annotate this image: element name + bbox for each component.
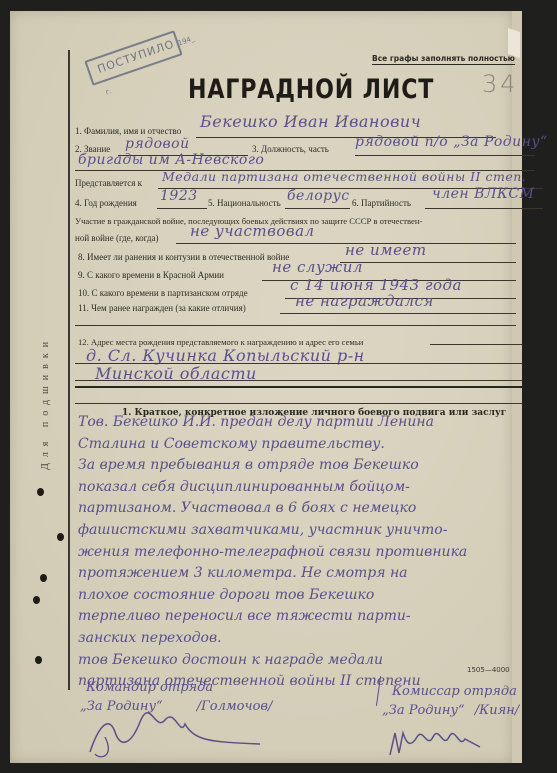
page-number: 34 [482, 70, 519, 98]
document-title: НАГРАДНОЙ ЛИСТ [188, 74, 434, 105]
field-value-birth-year: 1923 [160, 188, 198, 204]
section-divider [75, 403, 522, 404]
field-label-civil-war-cont: ной войне (где, когда) [75, 233, 159, 243]
narrative-line: Сталина и Советскому правительству. [78, 434, 550, 456]
commissar-signature [385, 725, 495, 765]
field-value-previous-awards: не награждался [295, 292, 434, 310]
field-label-birth-year: 4. Год рождения [75, 198, 137, 208]
field-label-red-army: 9. С какого времени в Красной Армии [78, 270, 224, 280]
fill-instruction: Все графы заполнять полностью [372, 54, 515, 65]
field-label-name: 1. Фамилия, имя и отчество [75, 126, 181, 136]
field-line [430, 344, 522, 345]
field-line [157, 208, 207, 209]
field-value-rank: рядовой [125, 136, 190, 152]
field-value-wounds: не имеет [345, 241, 427, 259]
field-label-nationality: 5. Национальность [208, 198, 281, 208]
field-label-partisan-since: 10. С какого времени в партизанском отря… [78, 288, 248, 298]
commander-signature-block: Командир отряда „За Родину“ /Голмочов/ [86, 678, 272, 716]
field-label-wounds: 8. Имеет ли ранения и контузии в отечест… [78, 252, 289, 262]
commander-title: Командир отряда [86, 678, 272, 697]
narrative-line: фашистскими захватчиками, участник уничт… [78, 520, 550, 542]
narrative-line: занских переходов. [78, 628, 550, 650]
print-code: 1505—4000 [467, 666, 510, 674]
field-value-position: рядовой п/о „За Родину“ [355, 134, 548, 150]
narrative-line: Тов. Бекешко И.И. предан делу партии Лен… [78, 412, 550, 434]
commissar-name: /Киян/ [475, 703, 519, 718]
feat-narrative: Тов. Бекешко И.И. предан делу партии Лен… [78, 412, 550, 693]
binding-margin-line [68, 50, 70, 690]
binding-margin-label: Для подшивки [40, 336, 51, 470]
binding-hole [33, 596, 40, 604]
field-line [75, 325, 516, 326]
field-line [285, 208, 350, 209]
narrative-line: терпеливо переносил все тяжести парти- [78, 606, 550, 628]
commissar-unit-text: „За Родину“ [382, 703, 465, 718]
field-line [75, 380, 522, 381]
field-value-name: Бекешко Иван Иванович [200, 112, 421, 131]
binding-hole [57, 533, 64, 541]
field-value-red-army: не служил [272, 258, 363, 276]
field-value-award: Медали партизана отечественной войны II … [162, 169, 526, 184]
narrative-line: показал себя дисциплинированным бойцом- [78, 477, 550, 499]
narrative-line: За время пребывания в отряде тов Бекешко [78, 455, 550, 477]
narrative-line: плохое состояние дороги тов Бекешко [78, 585, 550, 607]
binding-hole [35, 656, 42, 664]
field-value-party: член ВЛКСМ [432, 186, 534, 202]
field-label-previous-awards: 11. Чем ранее награжден (за какие отличи… [78, 303, 246, 313]
section-divider [75, 386, 522, 388]
field-line [280, 313, 516, 314]
field-value-position-continuation: бригады им А-Невского [78, 152, 264, 168]
binding-hole [40, 574, 47, 582]
field-line [355, 155, 535, 156]
field-label-party: 6. Партийность [352, 198, 411, 208]
commissar-unit: „За Родину“ /Киян/ [382, 701, 519, 720]
field-line [425, 208, 543, 209]
commander-signature [85, 712, 265, 762]
field-value-nationality: белорус [287, 188, 350, 204]
commissar-signature-block: Комиссар отряда „За Родину“ /Киян/ [392, 682, 519, 720]
field-label-award: Представляется к [75, 178, 142, 188]
narrative-line: партизаном. Участвовал в 6 боях с немецк… [78, 498, 550, 520]
commissar-title: Комиссар отряда [392, 682, 519, 701]
narrative-line: жения телефонно-телеграфной связи против… [78, 542, 550, 564]
binding-hole [37, 488, 44, 496]
field-value-civil-war: не участвовал [190, 222, 315, 240]
field-line [340, 262, 516, 263]
narrative-line: протяжением 3 километра. Не смотря на [78, 563, 550, 585]
